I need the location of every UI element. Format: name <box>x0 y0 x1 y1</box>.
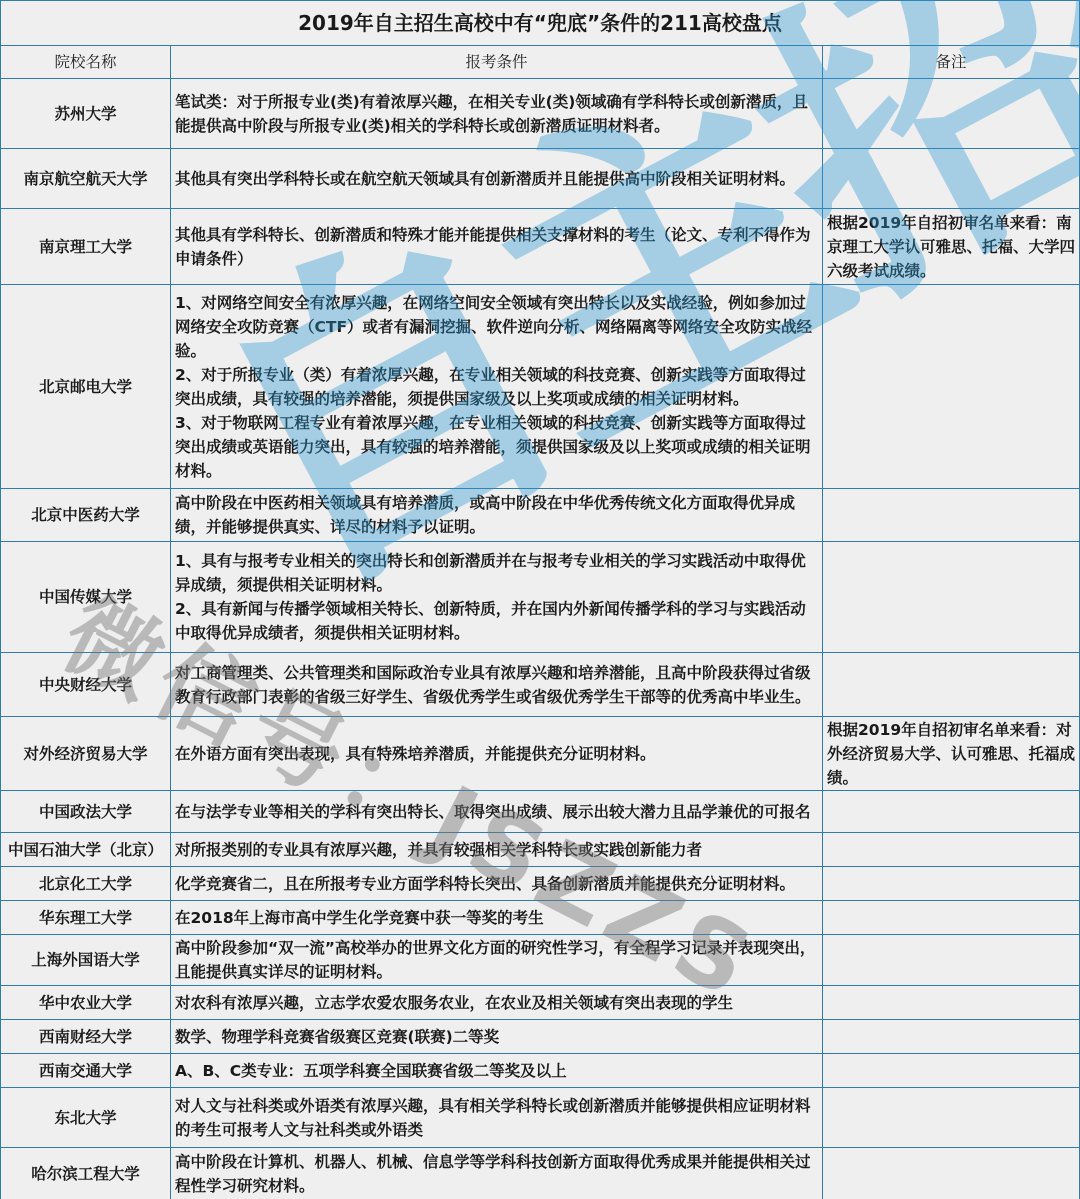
school-name: 哈尔滨工程大学 <box>1 1148 171 1199</box>
condition-text: 在与法学专业等相关的学科有突出特长、取得突出成绩、展示出较大潜力且品学兼优的可报… <box>175 800 818 824</box>
condition-text: 在外语方面有突出表现，具有特殊培养潜质，并能提供充分证明材料。 <box>175 742 818 766</box>
school-name: 西南财经大学 <box>1 1020 171 1054</box>
conditions-cell: 其他具有突出学科特长或在航空航天领域具有创新潜质并且能提供高中阶段相关证明材料。 <box>171 149 823 209</box>
header-notes: 备注 <box>823 46 1080 79</box>
table-row: 北京中医药大学高中阶段在中医药相关领域具有培养潜质，或高中阶段在中华优秀传统文化… <box>1 489 1080 542</box>
conditions-cell: 对农科有浓厚兴趣，立志学农爱农服务农业，在农业及相关领域有突出表现的学生 <box>171 986 823 1020</box>
school-name: 华东理工大学 <box>1 901 171 935</box>
notes-cell <box>823 1148 1080 1199</box>
condition-text: 化学竞赛省二，且在所报考专业方面学科特长突出、具备创新潜质并能提供充分证明材料。 <box>175 872 818 896</box>
notes-cell <box>823 79 1080 149</box>
table-row: 苏州大学笔试类：对于所报专业(类)有着浓厚兴趣，在相关专业(类)领域确有学科特长… <box>1 79 1080 149</box>
school-name: 中国传媒大学 <box>1 542 171 653</box>
table-row: 华东理工大学在2018年上海市高中学生化学竞赛中获一等奖的考生 <box>1 901 1080 935</box>
condition-text: 对所报类别的专业具有浓厚兴趣，并具有较强相关学科特长或实践创新能力者 <box>175 838 818 862</box>
conditions-cell: 在2018年上海市高中学生化学竞赛中获一等奖的考生 <box>171 901 823 935</box>
notes-cell: 根据2019年自招初审名单来看：南京理工大学认可雅思、托福、大学四六级考试成绩。 <box>823 209 1080 285</box>
table-row: 对外经济贸易大学在外语方面有突出表现，具有特殊培养潜质，并能提供充分证明材料。根… <box>1 717 1080 791</box>
table-row: 南京理工大学其他具有学科特长、创新潜质和特殊才能并能提供相关支撑材料的考生（论文… <box>1 209 1080 285</box>
conditions-cell: 高中阶段在中医药相关领域具有培养潜质，或高中阶段在中华优秀传统文化方面取得优异成… <box>171 489 823 542</box>
table-row: 西南财经大学数学、物理学科竞赛省级赛区竞赛(联赛)二等奖 <box>1 1020 1080 1054</box>
conditions-cell: 在与法学专业等相关的学科有突出特长、取得突出成绩、展示出较大潜力且品学兼优的可报… <box>171 791 823 833</box>
condition-text: 1、具有与报考专业相关的突出特长和创新潜质并在与报考专业相关的学习实践活动中取得… <box>175 549 818 597</box>
school-name: 中国政法大学 <box>1 791 171 833</box>
admissions-table: 2019年自主招生高校中有“兜底”条件的211高校盘点 院校名称 报考条件 备注… <box>0 0 1080 1199</box>
condition-text: 其他具有突出学科特长或在航空航天领域具有创新潜质并且能提供高中阶段相关证明材料。 <box>175 167 818 191</box>
notes-cell <box>823 935 1080 986</box>
condition-text: 3、对于物联网工程专业有着浓厚兴趣，在专业相关领域的科技竞赛、创新实践等方面取得… <box>175 411 818 483</box>
table-title: 2019年自主招生高校中有“兜底”条件的211高校盘点 <box>1 1 1080 46</box>
school-name: 上海外国语大学 <box>1 935 171 986</box>
conditions-cell: 高中阶段在计算机、机器人、机械、信息学等学科科技创新方面取得优秀成果并能提供相关… <box>171 1148 823 1199</box>
condition-text: 1、对网络空间安全有浓厚兴趣，在网络空间安全领域有突出特长以及实战经验，例如参加… <box>175 291 818 363</box>
table-row: 西南交通大学A、B、C类专业：五项学科赛全国联赛省级二等奖及以上 <box>1 1054 1080 1088</box>
condition-text: 其他具有学科特长、创新潜质和特殊才能并能提供相关支撑材料的考生（论文、专利不得作… <box>175 223 818 271</box>
table-row: 南京航空航天大学其他具有突出学科特长或在航空航天领域具有创新潜质并且能提供高中阶… <box>1 149 1080 209</box>
table-row: 东北大学对人文与社科类或外语类有浓厚兴趣，具有相关学科特长或创新潜质并能够提供相… <box>1 1088 1080 1148</box>
notes-cell <box>823 489 1080 542</box>
conditions-cell: 化学竞赛省二，且在所报考专业方面学科特长突出、具备创新潜质并能提供充分证明材料。 <box>171 867 823 901</box>
notes-cell <box>823 791 1080 833</box>
school-name: 北京化工大学 <box>1 867 171 901</box>
table-row: 北京化工大学化学竞赛省二，且在所报考专业方面学科特长突出、具备创新潜质并能提供充… <box>1 867 1080 901</box>
header-row: 院校名称 报考条件 备注 <box>1 46 1080 79</box>
school-name: 中国石油大学（北京） <box>1 833 171 867</box>
school-name: 东北大学 <box>1 1088 171 1148</box>
notes-cell: 根据2019年自招初审名单来看：对外经济贸易大学、认可雅思、托福成绩。 <box>823 717 1080 791</box>
table-row: 中央财经大学对工商管理类、公共管理类和国际政治专业具有浓厚兴趣和培养潜能，且高中… <box>1 653 1080 717</box>
table-row: 北京邮电大学1、对网络空间安全有浓厚兴趣，在网络空间安全领域有突出特长以及实战经… <box>1 285 1080 489</box>
header-school: 院校名称 <box>1 46 171 79</box>
notes-cell <box>823 285 1080 489</box>
condition-text: 笔试类：对于所报专业(类)有着浓厚兴趣，在相关专业(类)领域确有学科特长或创新潜… <box>175 90 818 138</box>
title-row: 2019年自主招生高校中有“兜底”条件的211高校盘点 <box>1 1 1080 46</box>
condition-text: 2、具有新闻与传播学领域相关特长、创新特质，并在国内外新闻传播学科的学习与实践活… <box>175 597 818 645</box>
notes-cell <box>823 149 1080 209</box>
notes-cell <box>823 1020 1080 1054</box>
notes-cell <box>823 1088 1080 1148</box>
conditions-cell: 对工商管理类、公共管理类和国际政治专业具有浓厚兴趣和培养潜能，且高中阶段获得过省… <box>171 653 823 717</box>
condition-text: 2、对于所报专业（类）有着浓厚兴趣，在专业相关领域的科技竞赛、创新实践等方面取得… <box>175 363 818 411</box>
conditions-cell: 1、对网络空间安全有浓厚兴趣，在网络空间安全领域有突出特长以及实战经验，例如参加… <box>171 285 823 489</box>
condition-text: 对农科有浓厚兴趣，立志学农爱农服务农业，在农业及相关领域有突出表现的学生 <box>175 991 818 1015</box>
notes-cell <box>823 901 1080 935</box>
table-row: 华中农业大学对农科有浓厚兴趣，立志学农爱农服务农业，在农业及相关领域有突出表现的… <box>1 986 1080 1020</box>
condition-text: A、B、C类专业：五项学科赛全国联赛省级二等奖及以上 <box>175 1059 818 1083</box>
school-name: 西南交通大学 <box>1 1054 171 1088</box>
notes-cell <box>823 986 1080 1020</box>
school-name: 苏州大学 <box>1 79 171 149</box>
condition-text: 高中阶段在中医药相关领域具有培养潜质，或高中阶段在中华优秀传统文化方面取得优异成… <box>175 491 818 539</box>
table-row: 中国传媒大学1、具有与报考专业相关的突出特长和创新潜质并在与报考专业相关的学习实… <box>1 542 1080 653</box>
school-name: 华中农业大学 <box>1 986 171 1020</box>
school-name: 南京航空航天大学 <box>1 149 171 209</box>
conditions-cell: 其他具有学科特长、创新潜质和特殊才能并能提供相关支撑材料的考生（论文、专利不得作… <box>171 209 823 285</box>
notes-cell <box>823 542 1080 653</box>
conditions-cell: 对人文与社科类或外语类有浓厚兴趣，具有相关学科特长或创新潜质并能够提供相应证明材… <box>171 1088 823 1148</box>
condition-text: 对人文与社科类或外语类有浓厚兴趣，具有相关学科特长或创新潜质并能够提供相应证明材… <box>175 1094 818 1142</box>
table-row: 上海外国语大学高中阶段参加“双一流”高校举办的世界文化方面的研究性学习，有全程学… <box>1 935 1080 986</box>
school-name: 北京中医药大学 <box>1 489 171 542</box>
condition-text: 高中阶段在计算机、机器人、机械、信息学等学科科技创新方面取得优秀成果并能提供相关… <box>175 1150 818 1198</box>
conditions-cell: 数学、物理学科竞赛省级赛区竞赛(联赛)二等奖 <box>171 1020 823 1054</box>
conditions-cell: 对所报类别的专业具有浓厚兴趣，并具有较强相关学科特长或实践创新能力者 <box>171 833 823 867</box>
conditions-cell: A、B、C类专业：五项学科赛全国联赛省级二等奖及以上 <box>171 1054 823 1088</box>
school-name: 对外经济贸易大学 <box>1 717 171 791</box>
conditions-cell: 1、具有与报考专业相关的突出特长和创新潜质并在与报考专业相关的学习实践活动中取得… <box>171 542 823 653</box>
table-row: 中国政法大学在与法学专业等相关的学科有突出特长、取得突出成绩、展示出较大潜力且品… <box>1 791 1080 833</box>
condition-text: 数学、物理学科竞赛省级赛区竞赛(联赛)二等奖 <box>175 1025 818 1049</box>
condition-text: 对工商管理类、公共管理类和国际政治专业具有浓厚兴趣和培养潜能，且高中阶段获得过省… <box>175 661 818 709</box>
table-row: 哈尔滨工程大学高中阶段在计算机、机器人、机械、信息学等学科科技创新方面取得优秀成… <box>1 1148 1080 1199</box>
notes-cell <box>823 1054 1080 1088</box>
condition-text: 高中阶段参加“双一流”高校举办的世界文化方面的研究性学习，有全程学习记录并表现突… <box>175 936 818 984</box>
conditions-cell: 高中阶段参加“双一流”高校举办的世界文化方面的研究性学习，有全程学习记录并表现突… <box>171 935 823 986</box>
school-name: 北京邮电大学 <box>1 285 171 489</box>
conditions-cell: 在外语方面有突出表现，具有特殊培养潜质，并能提供充分证明材料。 <box>171 717 823 791</box>
notes-cell <box>823 653 1080 717</box>
school-name: 中央财经大学 <box>1 653 171 717</box>
table-row: 中国石油大学（北京）对所报类别的专业具有浓厚兴趣，并具有较强相关学科特长或实践创… <box>1 833 1080 867</box>
conditions-cell: 笔试类：对于所报专业(类)有着浓厚兴趣，在相关专业(类)领域确有学科特长或创新潜… <box>171 79 823 149</box>
notes-cell <box>823 867 1080 901</box>
header-conditions: 报考条件 <box>171 46 823 79</box>
school-name: 南京理工大学 <box>1 209 171 285</box>
condition-text: 在2018年上海市高中学生化学竞赛中获一等奖的考生 <box>175 906 818 930</box>
notes-cell <box>823 833 1080 867</box>
